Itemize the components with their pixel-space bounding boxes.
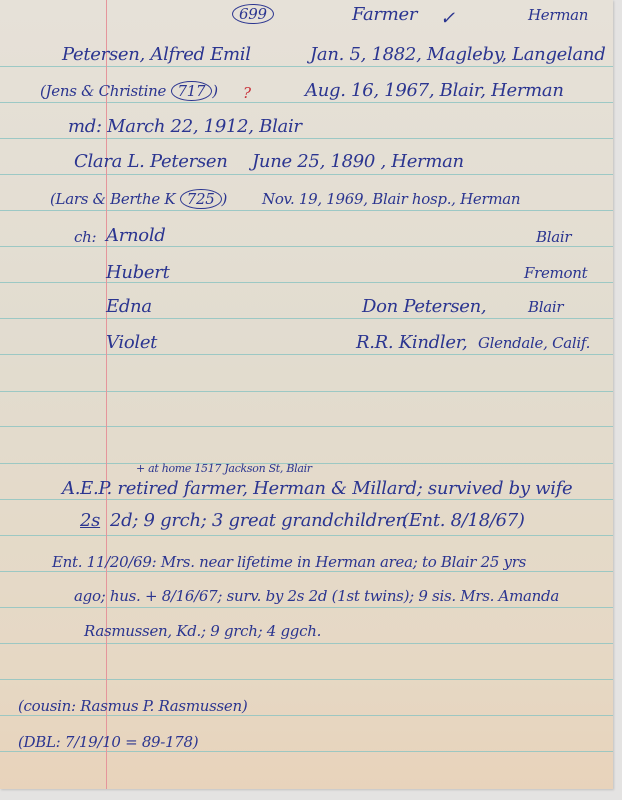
- notes-line-2: 2d; 9 grch; 3 great grandchildren: [110, 510, 407, 531]
- subject-name: Petersen, Alfred Emil: [62, 44, 251, 65]
- child-name: Edna: [106, 296, 152, 317]
- subject-parents-names: (Jens & Christine: [40, 82, 166, 100]
- notes-line-4: ago; hus. + 8/16/67; surv. by 2s 2d (1st…: [74, 587, 559, 605]
- dbl-reference: (DBL: 7/19/10 = 89-178): [18, 733, 198, 751]
- notes-line-3: Ent. 11/20/69: Mrs. near lifetime in Her…: [52, 553, 526, 571]
- ruled-line: [0, 138, 613, 139]
- spouse-name: Clara L. Petersen: [74, 151, 228, 172]
- ruled-line: [0, 571, 613, 572]
- ruled-line: [0, 499, 613, 500]
- child-residence: Fremont: [524, 264, 587, 282]
- notes-line-2-ref: (Ent. 8/18/67): [402, 510, 525, 531]
- ruled-line: [0, 391, 613, 392]
- ruled-line: [0, 246, 613, 247]
- child-residence: Blair: [528, 298, 563, 316]
- children-label: ch:: [74, 228, 96, 246]
- child-name: Hubert: [106, 262, 170, 283]
- child-name: Arnold: [106, 225, 166, 246]
- ruled-line: [0, 715, 613, 716]
- ruled-line: [0, 318, 613, 319]
- ruled-line: [0, 210, 613, 211]
- spouse-death: Nov. 19, 1969, Blair hosp., Herman: [262, 190, 520, 208]
- subject-parents-close: ): [212, 82, 218, 100]
- ruled-line: [0, 354, 613, 355]
- check-mark-icon: ✓: [440, 8, 455, 29]
- spouse-parents-close: ): [222, 190, 228, 208]
- ruled-line: [0, 102, 613, 103]
- subject-parents: (Jens & Christine 717): [40, 82, 218, 100]
- ruled-line: [0, 66, 613, 67]
- spouse-parents: (Lars & Berthe K 725): [50, 190, 227, 208]
- ruled-line: [0, 679, 613, 680]
- child-spouse: R.R. Kindler,: [356, 332, 467, 353]
- child-spouse: Don Petersen,: [362, 296, 486, 317]
- ruled-line: [0, 535, 613, 536]
- query-mark: ?: [243, 84, 251, 102]
- child-residence: Glendale, Calif.: [478, 334, 590, 352]
- notes-insert: + at home 1517 Jackson St, Blair: [136, 462, 312, 475]
- ruled-line: [0, 643, 613, 644]
- spouse-birth: June 25, 1890 , Herman: [252, 151, 464, 172]
- notes-line-2-prefix: 2s: [80, 510, 100, 531]
- subject-birth: Jan. 5, 1882, Magleby, Langeland: [310, 44, 605, 65]
- ruled-line: [0, 282, 613, 283]
- record-number: 699: [232, 4, 274, 24]
- spouse-parents-names: (Lars & Berthe K: [50, 190, 175, 208]
- ruled-line: [0, 174, 613, 175]
- ruled-line: [0, 751, 613, 752]
- spouse-parents-ref: 725: [180, 189, 222, 209]
- notes-line-5: Rasmussen, Kd.; 9 grch; 4 ggch.: [84, 622, 321, 640]
- notes-line-1: A.E.P. retired farmer, Herman & Millard;…: [62, 478, 572, 499]
- child-residence: Blair: [536, 228, 571, 246]
- cousin-note: (cousin: Rasmus P. Rasmussen): [18, 697, 247, 715]
- ledger-page: 699 Farmer ✓ Herman Petersen, Alfred Emi…: [0, 0, 613, 789]
- subject-death: Aug. 16, 1967, Blair, Herman: [305, 80, 564, 101]
- marriage-record: md: March 22, 1912, Blair: [68, 116, 302, 137]
- ruled-line: [0, 426, 613, 427]
- child-name: Violet: [106, 332, 157, 353]
- occupation: Farmer: [352, 4, 417, 25]
- township: Herman: [528, 6, 588, 24]
- subject-parents-ref: 717: [171, 81, 213, 101]
- ruled-line: [0, 607, 613, 608]
